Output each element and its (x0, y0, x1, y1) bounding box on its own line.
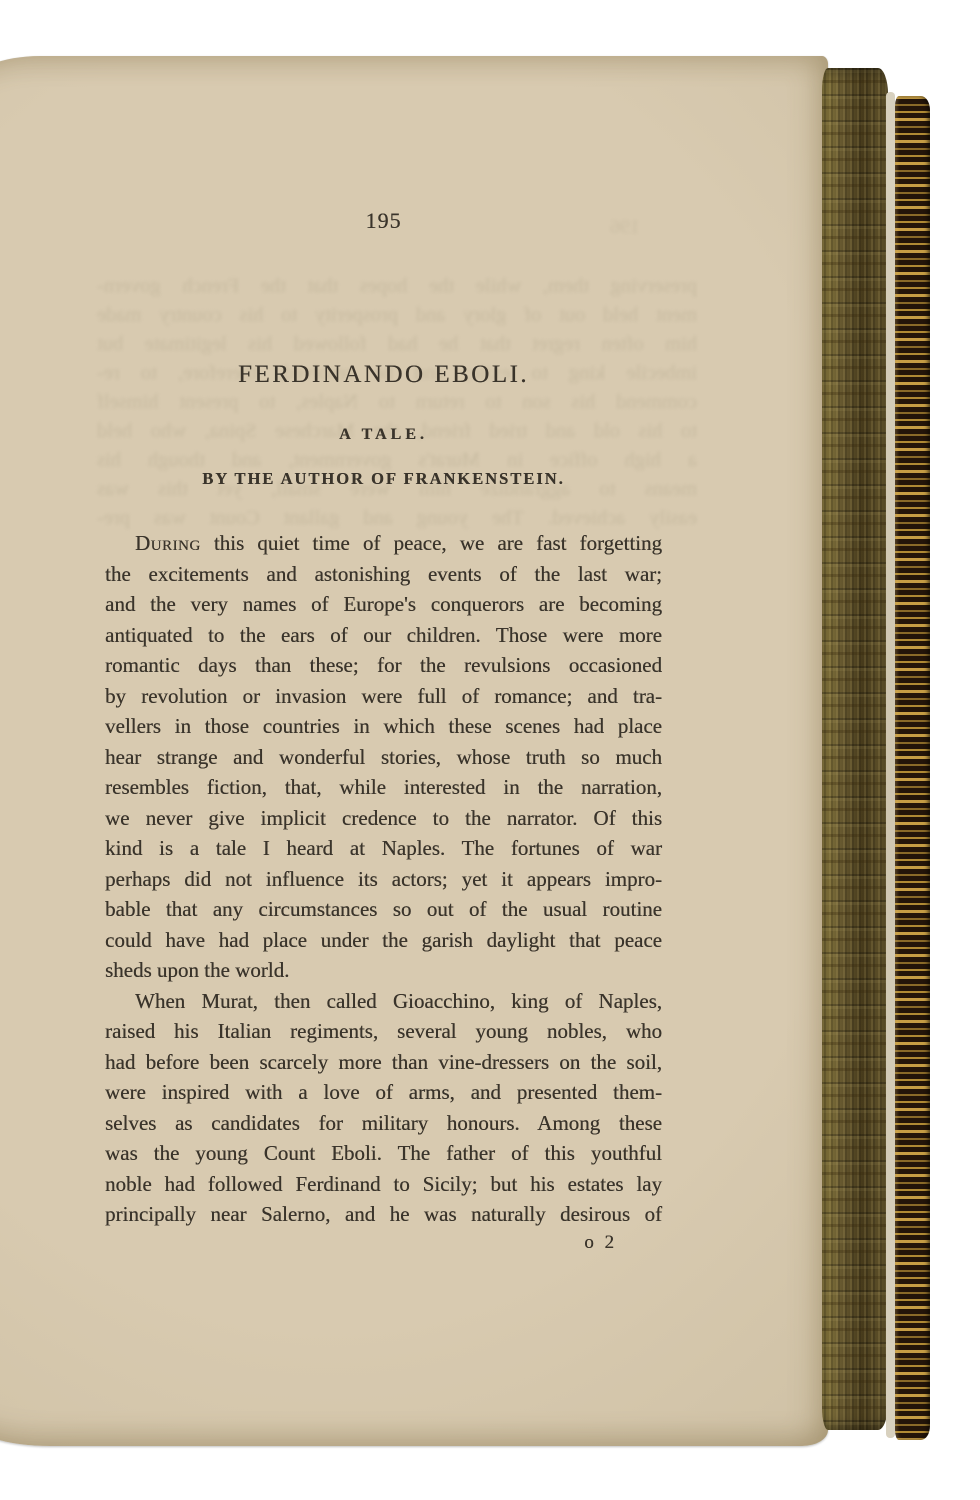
showthrough-line: ment held out of glory and prosperity to… (97, 301, 697, 330)
text-line: When Murat, then called Gioacchino, king… (105, 986, 662, 1017)
text-line: had before been scarcely more than vine-… (105, 1047, 662, 1078)
text-line: hear strange and wonderful stories, whos… (105, 742, 662, 773)
showthrough-verso-text: preserving them, while the hopes that th… (97, 272, 697, 533)
text-line: resembles fiction, that, while intereste… (105, 772, 662, 803)
text-line: bable that any circumstances so out of t… (105, 894, 662, 925)
text-line: and the very names of Europe's conqueror… (105, 589, 662, 620)
showthrough-line: commend his son to return to Naples, to … (97, 388, 697, 417)
text-line: raised his Italian regiments, several yo… (105, 1016, 662, 1047)
body-text: During this quiet time of peace, we are … (105, 528, 662, 1230)
gold-tooled-cover-edge (895, 96, 930, 1440)
text-line: selves as candidates for military honour… (105, 1108, 662, 1139)
text-line: During this quiet time of peace, we are … (105, 528, 662, 559)
text-line: antiquated to the ears of our children. … (105, 620, 662, 651)
text-line: vellers in those countries in which thes… (105, 711, 662, 742)
text-line: the excitements and astonishing events o… (105, 559, 662, 590)
text-line: kind is a tale I heard at Naples. The fo… (105, 833, 662, 864)
photo-background: 196 preserving them, while the hopes tha… (0, 0, 980, 1500)
text-line: could have had place under the garish da… (105, 925, 662, 956)
text-line: sheds upon the world. (105, 955, 662, 986)
text-line: romantic days than these; for the revuls… (105, 650, 662, 681)
story-subtitle: A TALE. (105, 426, 662, 444)
book-page: 196 preserving them, while the hopes tha… (0, 56, 828, 1446)
signature-mark: o 2 (105, 1232, 662, 1254)
story-title: FERDINANDO EBOLI. (105, 361, 662, 389)
showthrough-line: preserving them, while the hopes that th… (97, 272, 697, 301)
text-line: was the young Count Eboli. The father of… (105, 1138, 662, 1169)
text-line: were inspired with a love of arms, and p… (105, 1077, 662, 1108)
smallcaps-lead-word: During (135, 531, 201, 555)
text-line: by revolution or invasion were full of r… (105, 681, 662, 712)
text-line: perhaps did not influence its actors; ye… (105, 864, 662, 895)
board-edge-strip (886, 92, 895, 1438)
text-line: we never give implicit credence to the n… (105, 803, 662, 834)
page-content: 196 preserving them, while the hopes tha… (105, 56, 662, 1446)
text-line: principally near Salerno, and he was nat… (105, 1199, 662, 1230)
text-line: noble had followed Ferdinand to Sicily; … (105, 1169, 662, 1200)
author-byline: BY THE AUTHOR OF FRANKENSTEIN. (105, 469, 662, 489)
showthrough-line: him often regret that he had followed hi… (97, 330, 697, 359)
gilt-fore-edge (822, 68, 888, 1430)
page-number: 195 (105, 208, 662, 234)
